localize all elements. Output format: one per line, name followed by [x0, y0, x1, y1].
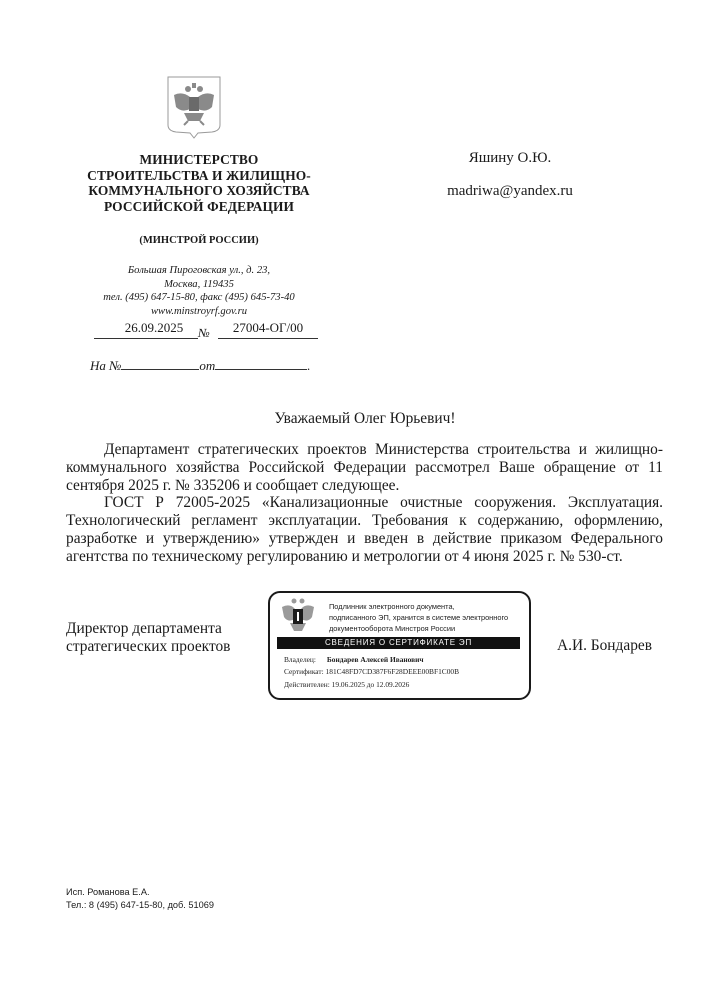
address-street: Большая Пироговская ул., д. 23,: [60, 264, 338, 278]
russian-coat-of-arms-icon: [166, 75, 222, 139]
executor-name: Исп. Романова Е.А.: [66, 886, 214, 899]
certificate-label: Сертификат:: [284, 667, 324, 676]
reference-date-blank: [215, 357, 307, 370]
minstroy-emblem-icon: [280, 595, 316, 635]
executor-info: Исп. Романова Е.А. Тел.: 8 (495) 647-15-…: [66, 886, 214, 912]
ministry-address: Большая Пироговская ул., д. 23, Москва, …: [60, 264, 338, 318]
reference-prefix: На №: [90, 358, 121, 373]
signatory-title-line: стратегических проектов: [66, 638, 230, 656]
executor-phone: Тел.: 8 (495) 647-15-80, доб. 51069: [66, 899, 214, 912]
ministry-name: МИНИСТЕРСТВО СТРОИТЕЛЬСТВА И ЖИЛИЩНО- КО…: [60, 152, 338, 214]
signatory-title: Директор департамента стратегических про…: [66, 620, 230, 656]
stamp-note: Подлинник электронного документа, подпис…: [329, 601, 508, 634]
ministry-name-line: СТРОИТЕЛЬСТВА И ЖИЛИЩНО-: [60, 168, 338, 184]
owner-label: Владелец:: [284, 654, 325, 666]
certificate-id-row: Сертификат: 181C48FD7CD387F6F28DEEE00BF1…: [284, 666, 459, 678]
reference-number-blank: [121, 357, 199, 370]
stamp-note-line: Подлинник электронного документа,: [329, 601, 508, 612]
owner-value: Бондарев Алексей Иванович: [327, 655, 424, 664]
addressee-email: madriwa@yandex.ru: [400, 183, 620, 200]
certificate-owner-row: Владелец: Бондарев Алексей Иванович: [284, 654, 459, 666]
address-phone: тел. (495) 647-15-80, факс (495) 645-73-…: [60, 291, 338, 305]
reference-line: На №от.: [90, 357, 311, 374]
registration-date: 26.09.2025: [125, 320, 184, 335]
body-paragraph: Департамент стратегических проектов Мини…: [66, 441, 663, 494]
validity-value: 19.06.2025 до 12.09.2026: [332, 680, 410, 689]
address-city: Москва, 119435: [60, 278, 338, 292]
stamp-note-line: документооборота Минстроя России: [329, 623, 508, 634]
registration-line: 26.09.2025 № 27004-ОГ/00: [94, 316, 304, 344]
stamp-note-line: подписанного ЭП, хранится в системе элек…: [329, 612, 508, 623]
letter-body: Департамент стратегических проектов Мини…: [66, 441, 663, 566]
certificate-header: СВЕДЕНИЯ О СЕРТИФИКАТЕ ЭП: [277, 637, 520, 649]
reference-end: .: [307, 358, 310, 373]
registration-date-field: 26.09.2025: [94, 320, 198, 339]
ministry-short-name: (МИНСТРОЙ РОССИИ): [60, 235, 338, 246]
body-paragraph: ГОСТ Р 72005-2025 «Канализационные очист…: [66, 494, 663, 565]
registration-number: 27004-ОГ/00: [218, 320, 318, 339]
signatory-title-line: Директор департамента: [66, 620, 230, 638]
salutation: Уважаемый Олег Юрьевич!: [60, 410, 670, 428]
addressee-name: Яшину О.Ю.: [400, 150, 620, 167]
addressee-block: Яшину О.Ю. madriwa@yandex.ru: [400, 150, 620, 200]
reference-from-label: от: [199, 358, 215, 373]
number-sign: №: [198, 326, 210, 341]
ministry-name-line: КОММУНАЛЬНОГО ХОЗЯЙСТВА: [60, 183, 338, 199]
ministry-name-line: МИНИСТЕРСТВО: [60, 152, 338, 168]
signatory-name: А.И. Бондарев: [557, 637, 652, 655]
ministry-name-line: РОССИЙСКОЙ ФЕДЕРАЦИИ: [60, 199, 338, 215]
certificate-details: Владелец: Бондарев Алексей Иванович Серт…: [284, 654, 459, 691]
certificate-value: 181C48FD7CD387F6F28DEEE00BF1C00B: [326, 667, 459, 676]
validity-label: Действителен:: [284, 680, 330, 689]
digital-signature-stamp: Подлинник электронного документа, подпис…: [268, 591, 531, 700]
certificate-validity-row: Действителен: 19.06.2025 до 12.09.2026: [284, 679, 459, 691]
